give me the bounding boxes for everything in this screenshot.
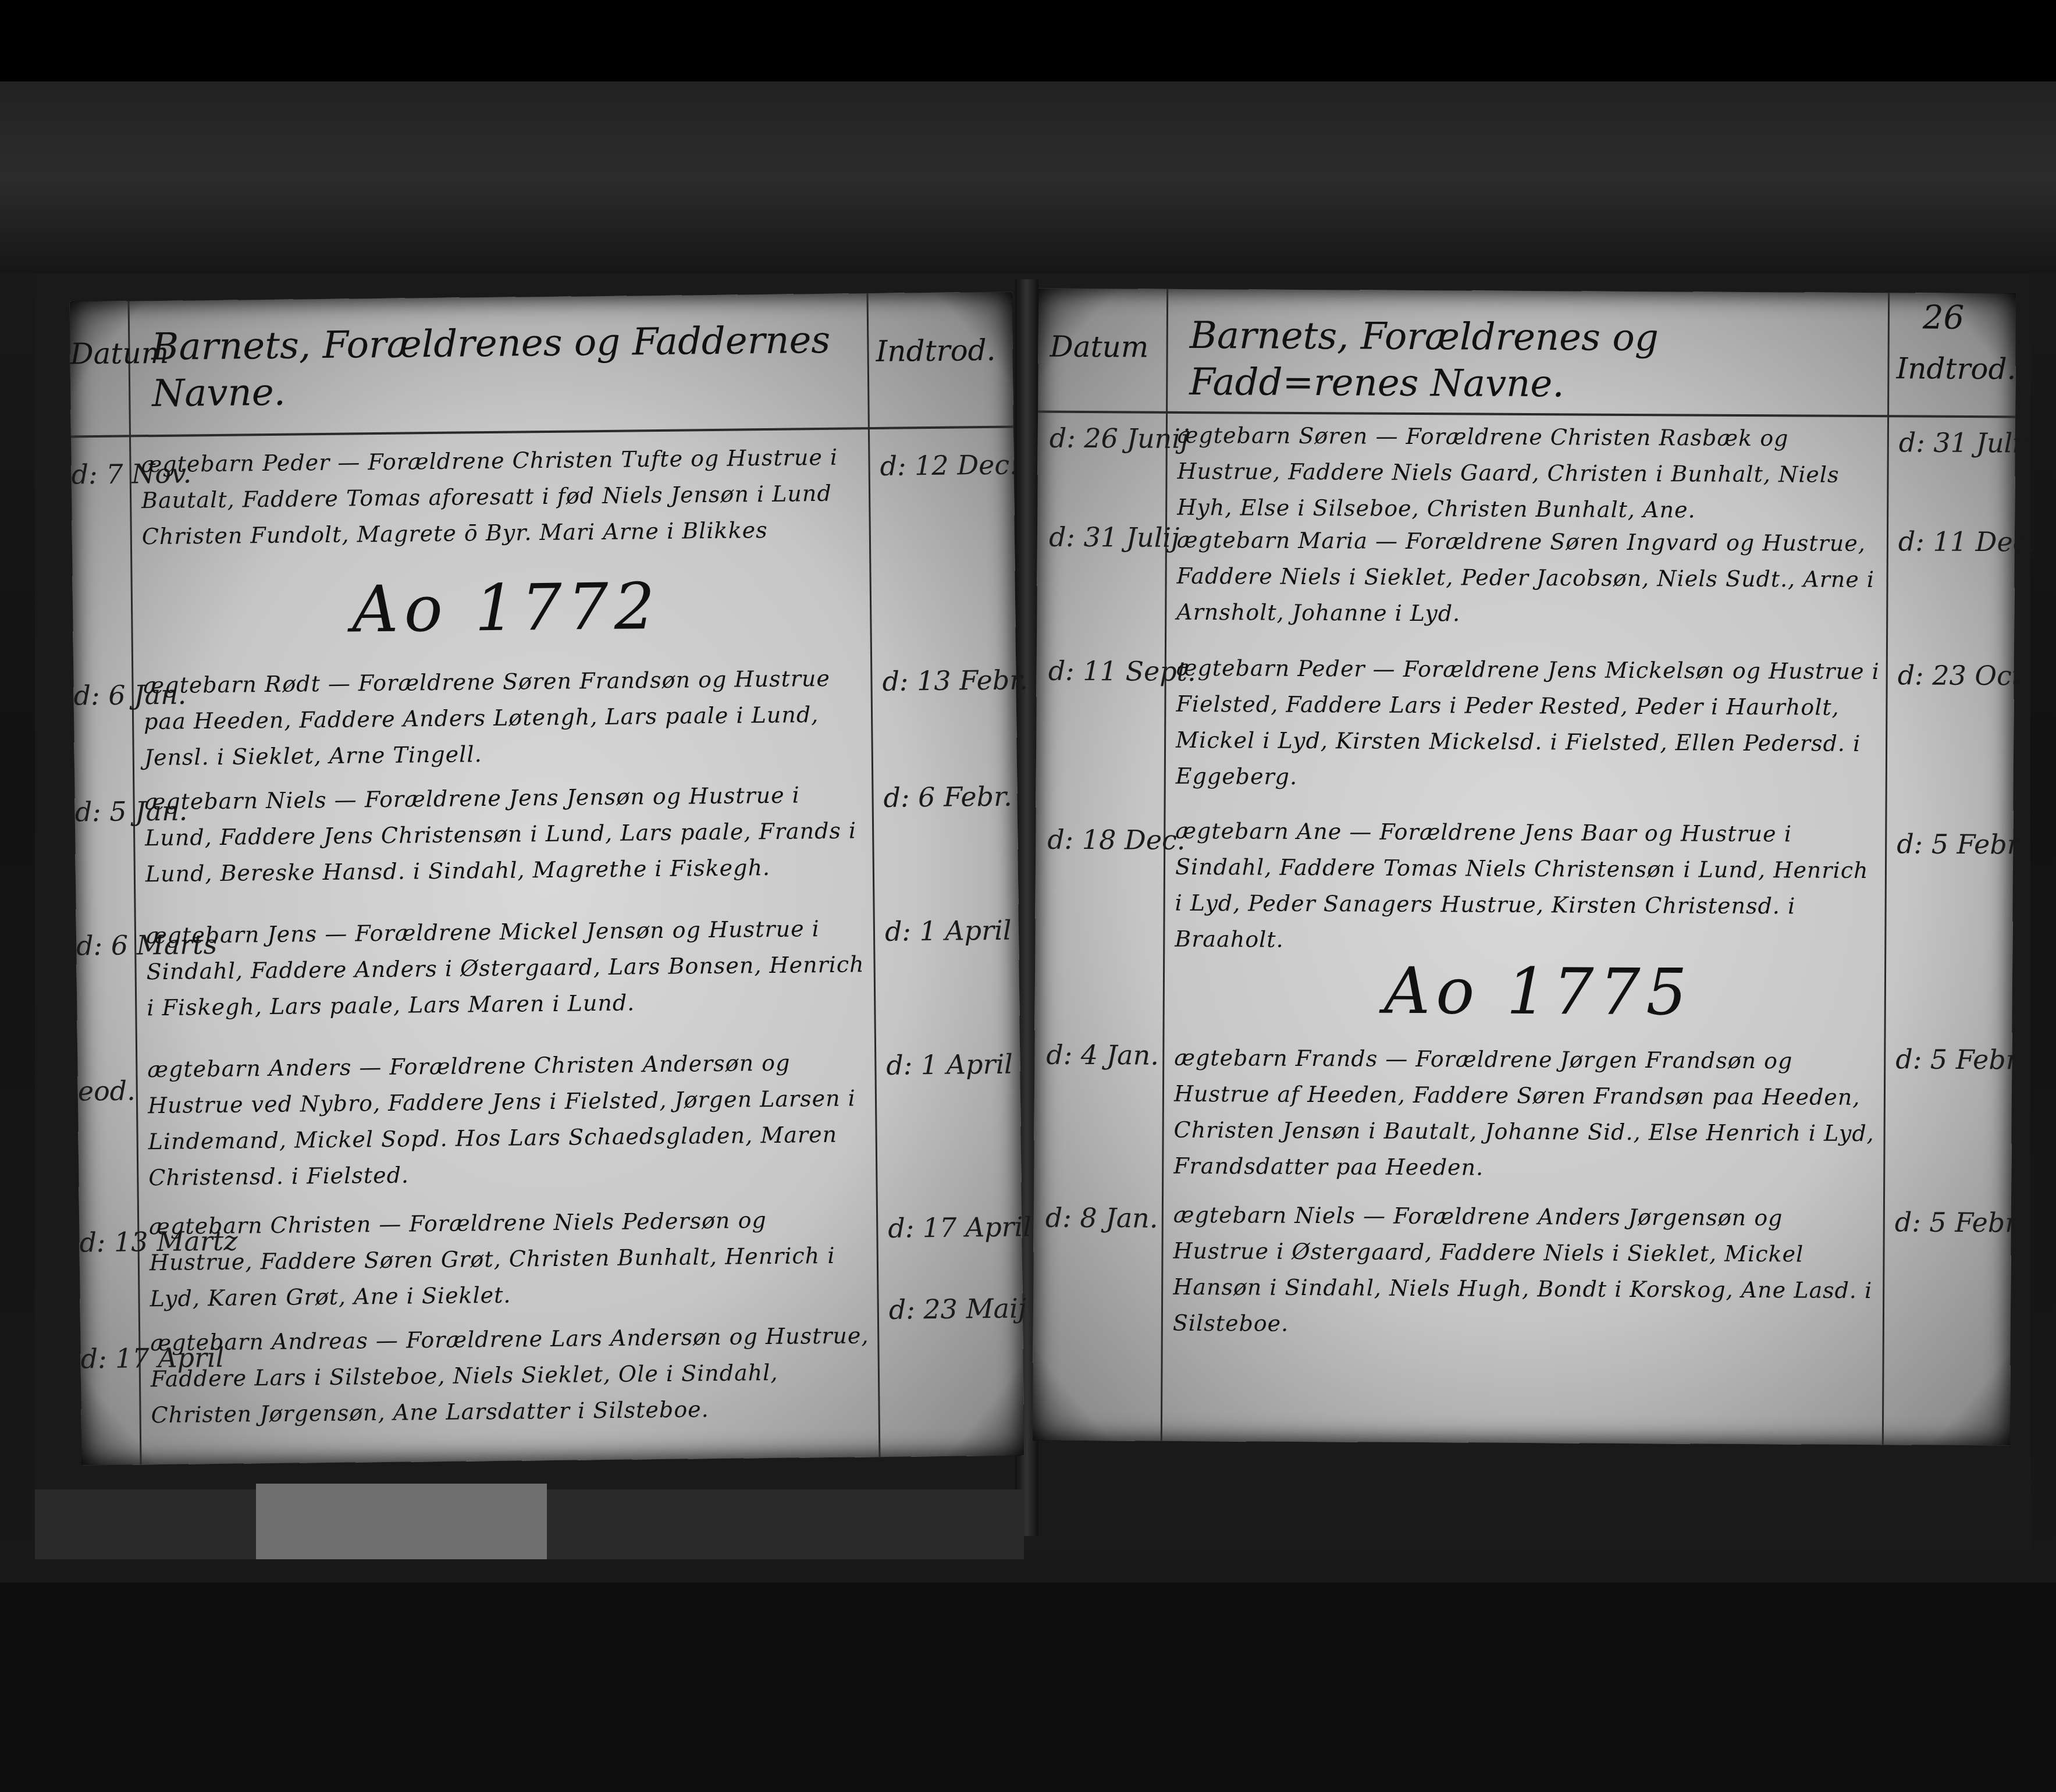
date-column-rule	[1161, 289, 1168, 1441]
entry-intro-date: d: 23 Oct.	[1898, 659, 2032, 691]
register-entry: ægtebarn Jens — Forældrene Mickel Jensøn…	[146, 910, 869, 1026]
right-page: 26 Datum Barnets, Forældrenes og Fadd=re…	[1033, 289, 2016, 1446]
scan-top-border	[0, 0, 2056, 81]
register-entry: ægtebarn Anders — Forældrene Christen An…	[147, 1044, 870, 1196]
header-names: Barnets, Forældrenes og Faddernes Navne.	[151, 317, 851, 418]
header-introduction: Indtrod.	[876, 327, 996, 375]
entry-intro-date: d: 17 April	[888, 1211, 1031, 1244]
register-entry: ægtebarn Andreas — Forældrene Lars Ander…	[150, 1317, 873, 1433]
entry-intro-date: d: 23 Maij	[889, 1292, 1027, 1325]
entry-intro-date: d: 5 Febr.	[1895, 1043, 2024, 1075]
register-entry: ægtebarn Rødt — Forældrene Søren Frandsø…	[143, 660, 866, 776]
entry-intro-date: d: 5 Febr.	[1895, 1206, 2023, 1238]
left-page: Datum Barnets, Forældrenes og Faddernes …	[70, 292, 1025, 1466]
register-entry: ægtebarn Peder — Forældrene Jens Mickels…	[1176, 650, 1880, 798]
register-entry: ægtebarn Peder — Forældrene Christen Tuf…	[141, 439, 863, 554]
entry-intro-date: d: 31 Julij	[1899, 426, 2030, 458]
header-rule	[71, 426, 1013, 438]
entry-intro-date: d: 13 Febr.	[882, 664, 1028, 697]
register-entry: ægtebarn Maria — Forældrene Søren Ingvar…	[1176, 522, 1881, 634]
entry-date: eod.	[78, 1075, 136, 1107]
register-entry: ægtebarn Søren — Forældrene Christen Ras…	[1177, 417, 1881, 529]
year-heading: Ao 1775	[1384, 954, 1693, 1030]
entry-intro-date: d: 1 April	[886, 1048, 1013, 1081]
register-entry: ægtebarn Niels — Forældrene Anders Jørge…	[1173, 1197, 1877, 1345]
page-number: 26	[1923, 299, 1965, 337]
entry-intro-date: d: 11 Dec.	[1898, 525, 2036, 557]
page-tab	[256, 1484, 547, 1559]
entry-date: d: 4 Jan.	[1046, 1039, 1159, 1071]
entry-intro-date: d: 1 April	[885, 915, 1012, 947]
entry-intro-date: d: 12 Dec.	[880, 449, 1018, 481]
register-entry: ægtebarn Ane — Forældrene Jens Baar og H…	[1175, 813, 1879, 961]
header-names: Barnets, Forældrenes og Fadd=renes Navne…	[1189, 312, 1876, 409]
entry-date: d: 8 Jan.	[1045, 1202, 1158, 1234]
film-edge	[0, 81, 2056, 273]
entry-date: d: 11 Sept.	[1048, 655, 1196, 687]
entry-intro-date: d: 6 Febr.	[883, 781, 1012, 813]
register-entry: ægtebarn Niels — Forældrene Jens Jensøn …	[144, 776, 867, 892]
entry-date: d: 18 Dec.	[1047, 824, 1185, 856]
entry-intro-date: d: 5 Febr.	[1897, 828, 2025, 860]
header-introduction: Indtrod.	[1896, 345, 2016, 392]
register-entry: ægtebarn Christen — Forældrene Niels Ped…	[149, 1201, 872, 1317]
year-heading: Ao 1772	[351, 569, 661, 647]
entry-date: d: 26 Junij	[1050, 422, 1189, 454]
header-date: Datum	[1050, 323, 1148, 371]
scan-bottom-border	[0, 1583, 2056, 1792]
intro-column-rule	[1882, 293, 1890, 1445]
entry-date: d: 31 Julij	[1049, 521, 1180, 553]
register-entry: ægtebarn Frands — Forældrene Jørgen Fran…	[1173, 1040, 1878, 1187]
